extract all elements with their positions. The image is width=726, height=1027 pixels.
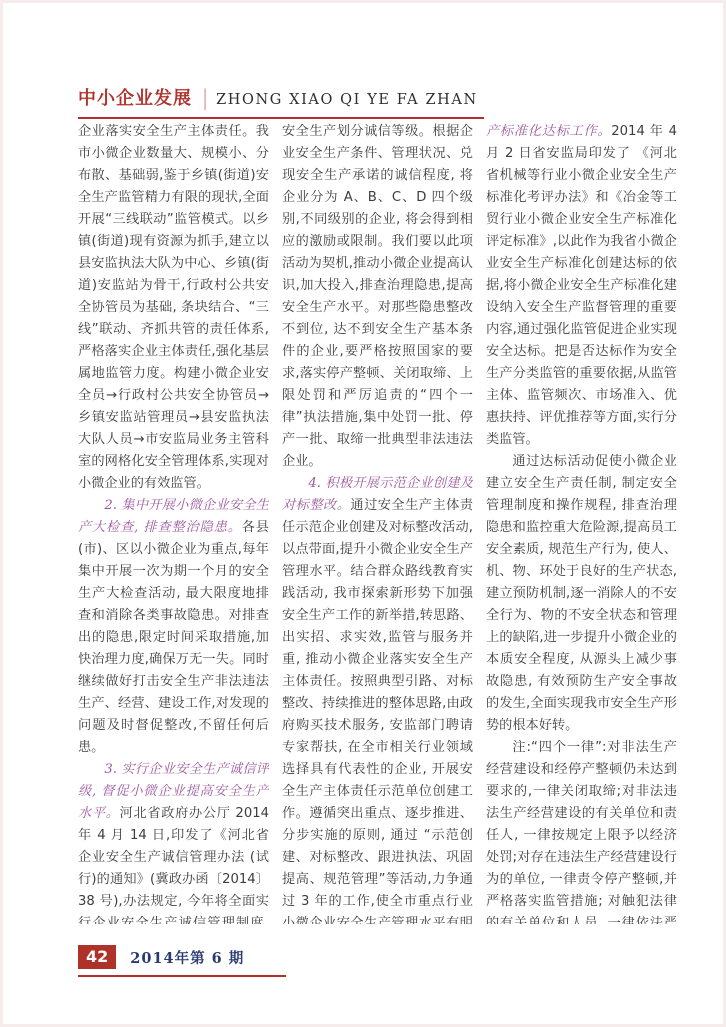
section-title-pinyin: ZHONG XIAO QI YE FA ZHAN (216, 92, 478, 108)
body-run: 各县(市)、区以小微企业为重点,每年集中开展一次为期一个月的安全生产大检查活动,… (78, 520, 269, 755)
text-columns: 企业落实安全生产主体责任。我市小微企业数量大、规模小、分布散、基础弱,鉴于乡镇(… (78, 121, 677, 924)
page-number-badge: 42 (78, 945, 116, 969)
body-run: 企业落实安全生产主体责任。我市小微企业数量大、规模小、分布散、基础弱,鉴于乡镇(… (78, 124, 269, 491)
body-run: 通过安全生产主体责任示范企业创建及对标整改活动,以点带面,提升小微企业安全生产管… (282, 498, 473, 924)
heading-run: 产标准化达标工作。 (486, 124, 611, 139)
page-header: 中小企业发展 | ZHONG XIAO QI YE FA ZHAN (78, 84, 484, 119)
paragraph: 4. 积极开展示范企业创建及对标整改。通过安全生产主体责任示范企业创建及对标整改… (282, 473, 473, 924)
body-run: 通过达标活动促使小微企业建立安全生产责任制, 制定安全管理制度和操作规程, 排查… (486, 454, 677, 733)
paragraph: 2. 集中开展小微企业安全生产大检查, 排查整治隐患。各县(市)、区以小微企业为… (78, 495, 269, 759)
body-run: 注:“四个一律”:对非法生产经营建设和经停产整顿仍未达到要求的,一律关闭取缔;对… (486, 740, 677, 924)
title-divider-bar: | (202, 86, 208, 111)
paragraph: 产标准化达标工作。2014 年 4 月 2 日省安监局印发了 《河北省机械等行业… (486, 121, 677, 451)
body-run: 河北省政府办公厅 2014 年 4 月 14 日,印发了《河北省企业安全生产诚信… (78, 806, 269, 924)
paragraph: 安全生产划分诚信等级。根据企业安全生产条件、管理状况、兑现安全生产承诺的诚信程度… (282, 121, 473, 473)
body-run: 安全生产划分诚信等级。根据企业安全生产条件、管理状况、兑现安全生产承诺的诚信程度… (282, 124, 473, 469)
magazine-page: 中小企业发展 | ZHONG XIAO QI YE FA ZHAN 企业落实安全… (0, 0, 726, 1027)
paragraph: 通过达标活动促使小微企业建立安全生产责任制, 制定安全管理制度和操作规程, 排查… (486, 451, 677, 737)
heading-run: 2. 集中开展小微企业安全生产大检查, 排查整治隐患。 (78, 498, 269, 535)
column-3: 产标准化达标工作。2014 年 4 月 2 日省安监局印发了 《河北省机械等行业… (486, 121, 677, 924)
body-run: 2014 年 4 月 2 日省安监局印发了 《河北省机械等行业小微企业安全生产标… (486, 124, 677, 447)
column-1: 企业落实安全生产主体责任。我市小微企业数量大、规模小、分布散、基础弱,鉴于乡镇(… (78, 121, 269, 924)
section-title-chinese: 中小企业发展 (78, 84, 192, 110)
issue-label: 2014年第 6 期 (130, 947, 244, 968)
paragraph: 3. 实行企业安全生产诚信评级, 督促小微企业提高安全生产水平。河北省政府办公厅… (78, 759, 269, 924)
paragraph: 企业落实安全生产主体责任。我市小微企业数量大、规模小、分布散、基础弱,鉴于乡镇(… (78, 121, 269, 495)
page-footer: 42 2014年第 6 期 (78, 945, 286, 977)
paragraph: 注:“四个一律”:对非法生产经营建设和经停产整顿仍未达到要求的,一律关闭取缔;对… (486, 737, 677, 924)
column-2: 安全生产划分诚信等级。根据企业安全生产条件、管理状况、兑现安全生产承诺的诚信程度… (282, 121, 473, 924)
